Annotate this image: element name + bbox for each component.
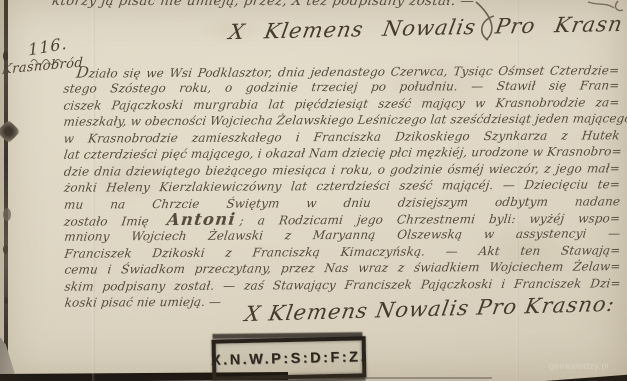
act-number: 116. bbox=[28, 34, 68, 60]
watermark: genealodzy.pl bbox=[549, 361, 609, 371]
name-line-prefix: zostało Imię bbox=[63, 214, 163, 229]
ink-blot bbox=[3, 208, 11, 221]
priest-signature-top: X Klemens Nowalis Pro Krasn bbox=[227, 12, 625, 44]
stamp-text: X.N.W.P:S:D:F:Z. bbox=[211, 349, 367, 369]
act-body: Działo się we Wsi Podklasztor, dnia jede… bbox=[63, 61, 620, 311]
ink-blot bbox=[3, 245, 8, 254]
scanned-register-page: którzy ją pisać nie umieją, przez, X też… bbox=[0, 0, 627, 381]
ink-blot bbox=[4, 297, 8, 304]
page-bottom-edge bbox=[545, 374, 627, 381]
given-name: Antoni bbox=[162, 210, 241, 229]
previous-act-fragment: którzy ją pisać nie umieją, przez, X też… bbox=[51, 0, 471, 9]
ink-blot bbox=[3, 51, 8, 61]
archive-stamp: X.N.W.P:S:D:F:Z. bbox=[212, 336, 367, 380]
